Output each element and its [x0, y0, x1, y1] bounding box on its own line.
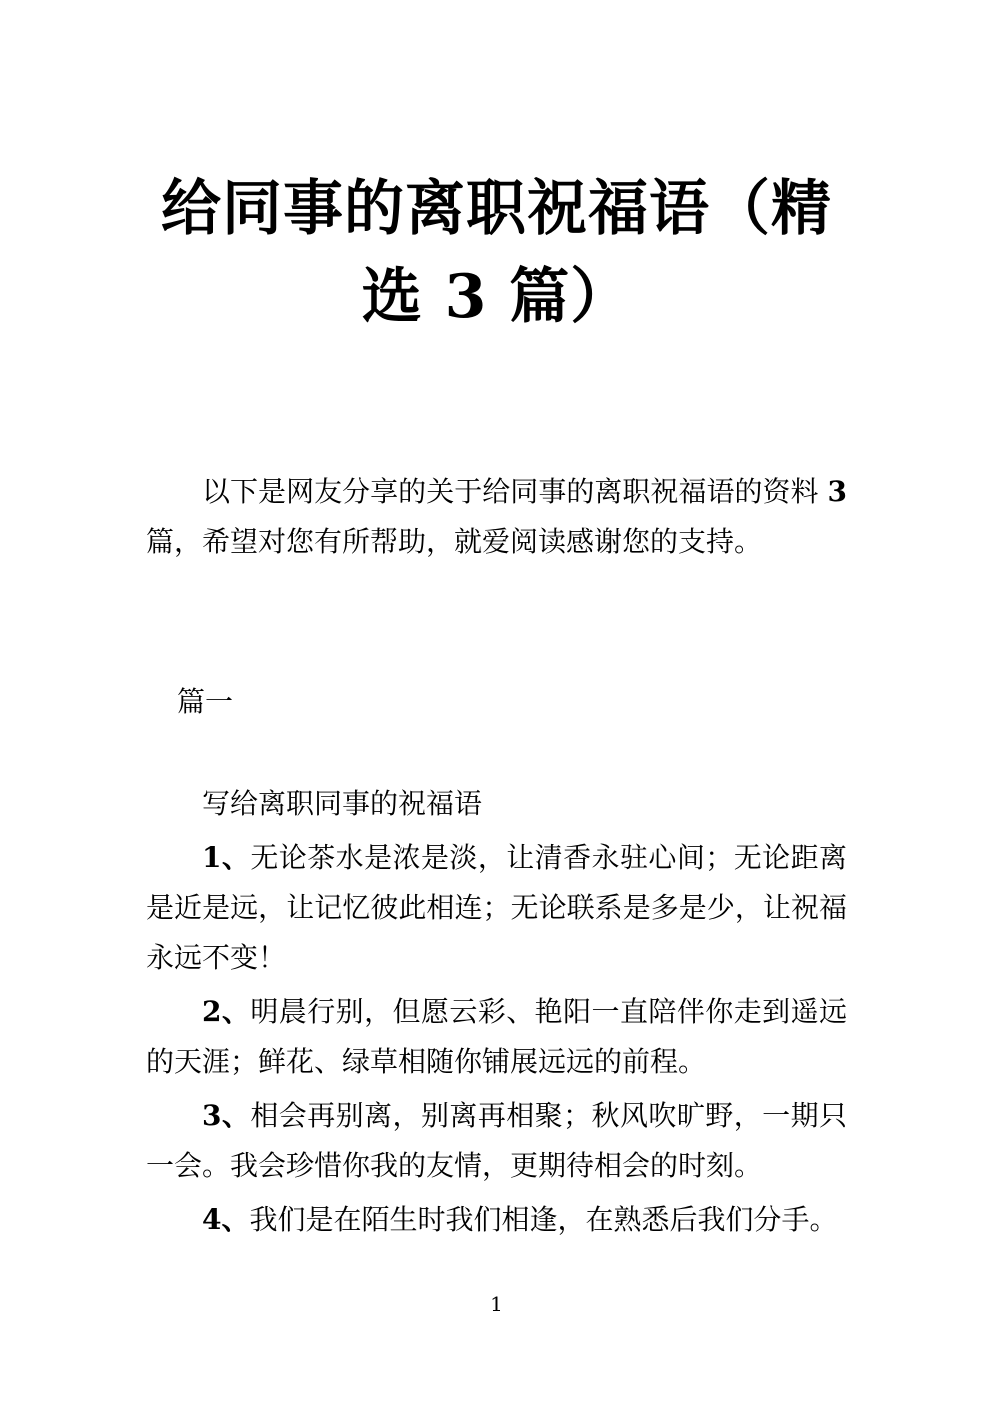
blessing-item-number: 2、 [202, 995, 250, 1028]
blessing-item-number: 1、 [202, 841, 250, 874]
document-title-line2: 选 3 篇） [146, 253, 847, 341]
blessing-item-text: 无论茶水是浓是淡，让清香永驻心间；无论距离是近是远，让记忆彼此相连；无论联系是多… [146, 841, 847, 974]
intro-text: 篇，希望对您有所帮助，就爱阅读感谢您的支持。 [146, 525, 762, 558]
document-page: 给同事的离职祝福语（精 选 3 篇） 以下是网友分享的关于给同事的离职祝福语的资… [0, 0, 993, 1404]
blessing-item-text: 相会再别离，别离再相聚；秋风吹旷野，一期只一会。我会珍惜你我的友情，更期待相会的… [146, 1099, 847, 1182]
blessing-item-text: 明晨行别，但愿云彩、艳阳一直陪伴你走到遥远的天涯；鲜花、绿草相随你铺展远远的前程… [146, 995, 847, 1078]
intro-bold-number: 3 [828, 475, 847, 508]
document-title: 给同事的离职祝福语（精 选 3 篇） [146, 0, 847, 341]
section-subheading: 写给离职同事的祝福语 [146, 779, 847, 829]
blessing-item-number: 3、 [202, 1099, 250, 1132]
blessing-item: 2、明晨行别，但愿云彩、艳阳一直陪伴你走到遥远的天涯；鲜花、绿草相随你铺展远远的… [146, 987, 847, 1087]
blessing-list: 1、无论茶水是浓是淡，让清香永驻心间；无论距离是近是远，让记忆彼此相连；无论联系… [146, 833, 847, 1245]
blessing-item: 3、相会再别离，别离再相聚；秋风吹旷野，一期只一会。我会珍惜你我的友情，更期待相… [146, 1091, 847, 1191]
page-number: 1 [0, 1292, 993, 1316]
blessing-item: 1、无论茶水是浓是淡，让清香永驻心间；无论距离是近是远，让记忆彼此相连；无论联系… [146, 833, 847, 983]
intro-paragraph: 以下是网友分享的关于给同事的离职祝福语的资料 3 篇，希望对您有所帮助，就爱阅读… [146, 467, 847, 567]
intro-text: 以下是网友分享的关于给同事的离职祝福语的资料 [202, 475, 828, 508]
section-heading: 篇一 [146, 677, 847, 727]
document-title-line1: 给同事的离职祝福语（精 [146, 165, 847, 253]
blessing-item: 4、我们是在陌生时我们相逢，在熟悉后我们分手。 [146, 1195, 847, 1245]
blessing-item-text: 我们是在陌生时我们相逢，在熟悉后我们分手。 [249, 1203, 837, 1236]
blessing-item-number: 4、 [202, 1203, 249, 1236]
